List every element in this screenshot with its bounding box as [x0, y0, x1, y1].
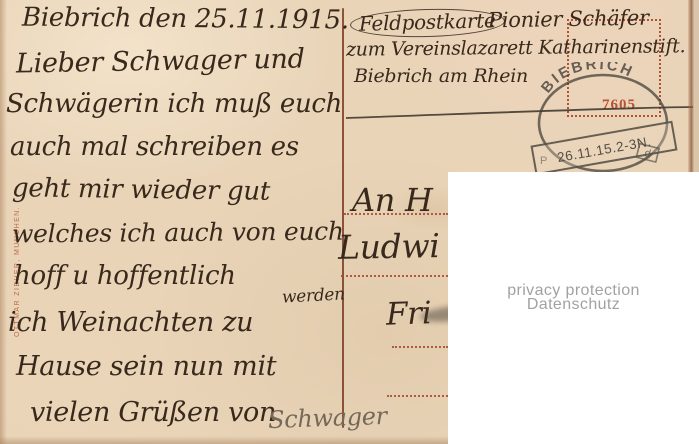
message-line: vielen Grüßen von — [30, 397, 276, 428]
privacy-overlay: privacy protection Datenschutz — [448, 172, 699, 444]
card-bottom-edge — [0, 436, 460, 444]
message-line: hoff u hoffentlich — [14, 261, 236, 291]
message-signature: Schwager — [268, 402, 388, 434]
message-line: Schwägerin ich muß euch — [6, 89, 342, 119]
postmark-town: BIEBRICH — [538, 62, 637, 96]
message-line: werden — [282, 284, 346, 307]
address-rule-4 — [387, 395, 448, 397]
privacy-text-de: Datenschutz — [448, 298, 699, 312]
message-line: ich Weinachten zu — [8, 307, 253, 338]
address-rule-2 — [341, 275, 448, 277]
message-line: Hause sein nun mit — [16, 351, 276, 382]
card-left-edge — [0, 0, 7, 444]
message-line: auch mal schreiben es — [10, 132, 299, 162]
message-line: geht mir wieder gut — [12, 173, 270, 207]
message-line: welches ich auch von euch — [12, 217, 344, 249]
postcard-scan: OTTMAR ZIEHER, MÜNCHEN. 7605 Biebrich de… — [0, 0, 699, 444]
postmark-letter-left: P — [540, 155, 547, 167]
message-line: Lieber Schwager und — [16, 43, 305, 79]
address-fragment-2: Ludwi — [338, 226, 440, 267]
addressee-town: Biebrich am Rhein — [354, 65, 528, 87]
addressee-name: Pionier Schäfer — [488, 6, 649, 33]
address-rule-3 — [392, 346, 448, 348]
postmark-stamp: BIEBRICH 26.11.15.2-3N. P d — [528, 62, 678, 182]
message-line-date: Biebrich den 25.11.1915. — [22, 3, 349, 36]
cardtype-label-circled: Feldpostkarte — [350, 7, 505, 39]
addressee-institution: zum Vereinslazarett Katharinenstift. — [346, 35, 685, 61]
address-fragment-1: An H — [352, 181, 433, 219]
